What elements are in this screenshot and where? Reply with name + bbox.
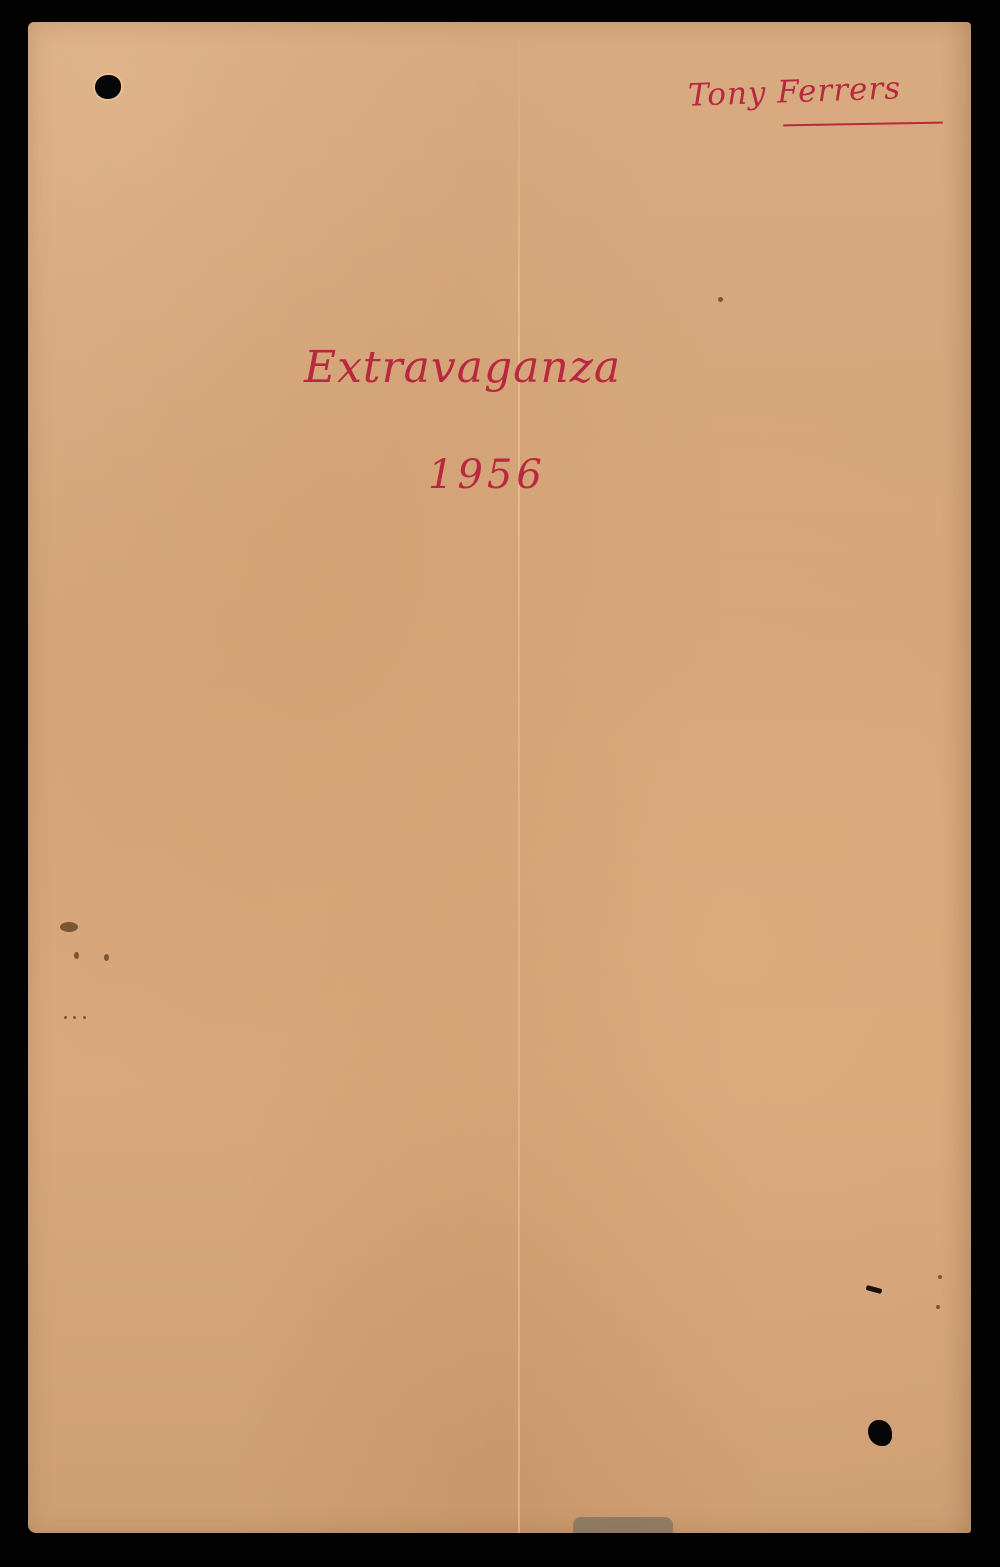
stain-mark	[104, 954, 109, 961]
water-stain	[573, 1517, 673, 1533]
paper-slit	[866, 1285, 883, 1294]
owner-name-handwritten: Tony Ferrers	[687, 70, 901, 113]
stain-mark	[64, 1016, 67, 1019]
stain-mark	[938, 1275, 942, 1279]
stain-mark	[73, 1016, 76, 1019]
owner-name-underline	[783, 122, 943, 127]
title-handwritten: Extravaganza	[304, 342, 621, 393]
punch-hole-bottom	[868, 1420, 892, 1446]
folder-cover: Tony Ferrers Extravaganza 1956	[28, 22, 971, 1533]
center-fold-line	[518, 22, 520, 1533]
stain-mark	[83, 1016, 86, 1019]
stain-mark	[74, 952, 79, 959]
year-handwritten: 1956	[428, 452, 546, 498]
punch-hole-top	[95, 75, 121, 99]
scanned-page: Tony Ferrers Extravaganza 1956	[0, 0, 1000, 1567]
stain-mark	[718, 297, 723, 302]
stain-mark	[936, 1305, 940, 1309]
stain-mark	[60, 922, 78, 932]
worn-right-edge	[941, 22, 971, 1533]
